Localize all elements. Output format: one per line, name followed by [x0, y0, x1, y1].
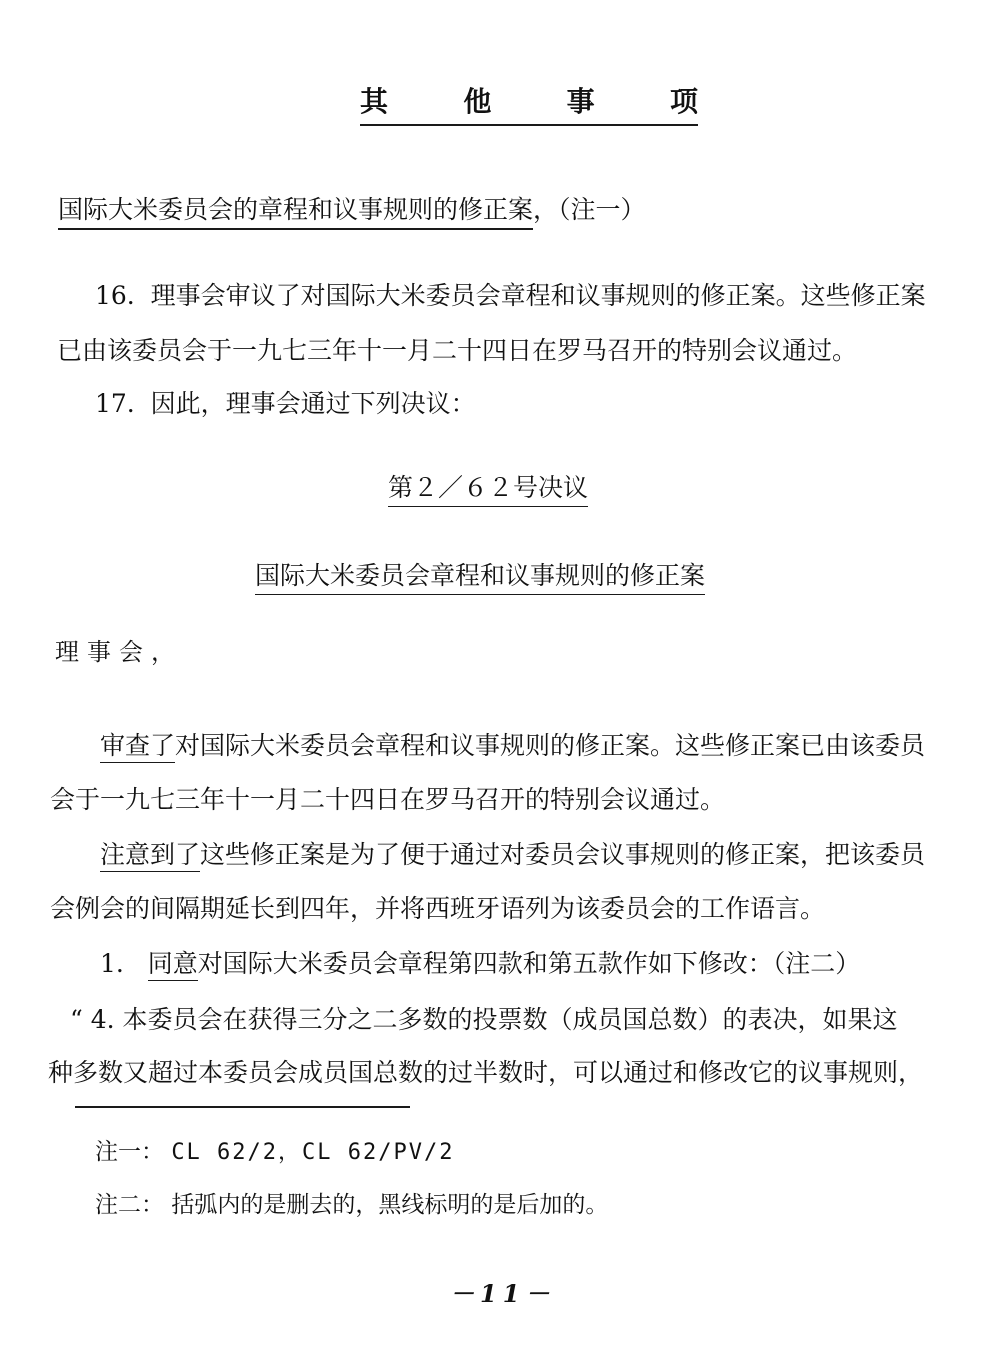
paragraph-text: 因此，理事会通过下列决议：: [151, 389, 476, 418]
operative-paragraph-1: 1. 同意对国际大米委员会章程第四款和第五款作如下修改：（注二）: [100, 944, 860, 980]
footnote-2: 注二： 括弧内的是删去的，黑线标明的是后加的。: [95, 1186, 608, 1219]
paragraph-text: 理事会审议了对国际大米委员会章程和议事规则的修正案。这些修正案: [151, 281, 926, 310]
resolution-title: 国际大米委员会章程和议事规则的修正案: [255, 556, 705, 595]
recital-1-continued: 会于一九七三年十一月二十四日在罗马召开的特别会议通过。: [50, 780, 725, 816]
footnote-label: 注一：: [95, 1139, 164, 1165]
paragraph-number: 16.: [95, 281, 135, 310]
section-title-char: 其: [360, 80, 388, 120]
section-title-char: 项: [670, 80, 698, 120]
footnote-text: 括弧内的是删去的，黑线标明的是后加的。: [171, 1192, 608, 1218]
recital-2-continued: 会例会的间隔期延长到四年，并将西班牙语列为该委员会的工作语言。: [50, 889, 825, 925]
section-title: 其 他 事 项: [360, 80, 698, 126]
recital-text: 这些修正案是为了便于通过对委员会议事规则的修正案，把该委员: [200, 840, 925, 869]
quoted-article-4: “ 4. 本委员会在获得三分之二多数的投票数（成员国总数）的表决，如果这: [70, 1000, 898, 1036]
footnote-text: CL 62/2，CL 62/PV/2: [171, 1140, 454, 1165]
section-title-char: 他: [463, 80, 491, 120]
recital-keyword: 注意到了: [100, 840, 200, 872]
recital-keyword: 审查了: [100, 731, 175, 763]
operative-text: 对国际大米委员会章程第四款和第五款作如下修改：（注二）: [198, 949, 861, 978]
paragraph-17: 17. 因此，理事会通过下列决议：: [95, 384, 476, 420]
page-number: －11－: [450, 1274, 555, 1309]
section-title-char: 事: [567, 80, 595, 120]
item-heading-note-ref: ，（注一）: [533, 195, 646, 224]
footnote-label: 注二：: [95, 1192, 164, 1218]
operative-keyword: 同意: [148, 949, 198, 981]
item-heading: 国际大米委员会的章程和议事规则的修正案，（注一）: [58, 190, 646, 226]
paragraph-16: 16. 理事会审议了对国际大米委员会章程和议事规则的修正案。这些修正案: [95, 276, 926, 312]
item-heading-title: 国际大米委员会的章程和议事规则的修正案: [58, 195, 533, 230]
resolution-subject: 理事会，: [55, 632, 183, 667]
paragraph-number: 17.: [95, 389, 135, 418]
footnote-separator: [75, 1106, 410, 1108]
quoted-article-4-continued: 种多数又超过本委员会成员国总数的过半数时，可以通过和修改它的议事规则，: [48, 1053, 923, 1089]
recital-1: 审查了对国际大米委员会章程和议事规则的修正案。这些修正案已由该委员: [100, 726, 925, 762]
footnote-1: 注一： CL 62/2，CL 62/PV/2: [95, 1133, 454, 1166]
paragraph-16-continued: 已由该委员会于一九七三年十一月二十四日在罗马召开的特别会议通过。: [57, 331, 857, 367]
recital-2: 注意到了这些修正案是为了便于通过对委员会议事规则的修正案，把该委员: [100, 835, 925, 871]
recital-text: 对国际大米委员会章程和议事规则的修正案。这些修正案已由该委员: [175, 731, 925, 760]
resolution-number: 第２／６２号决议: [388, 468, 588, 507]
operative-number: 1.: [100, 949, 124, 978]
